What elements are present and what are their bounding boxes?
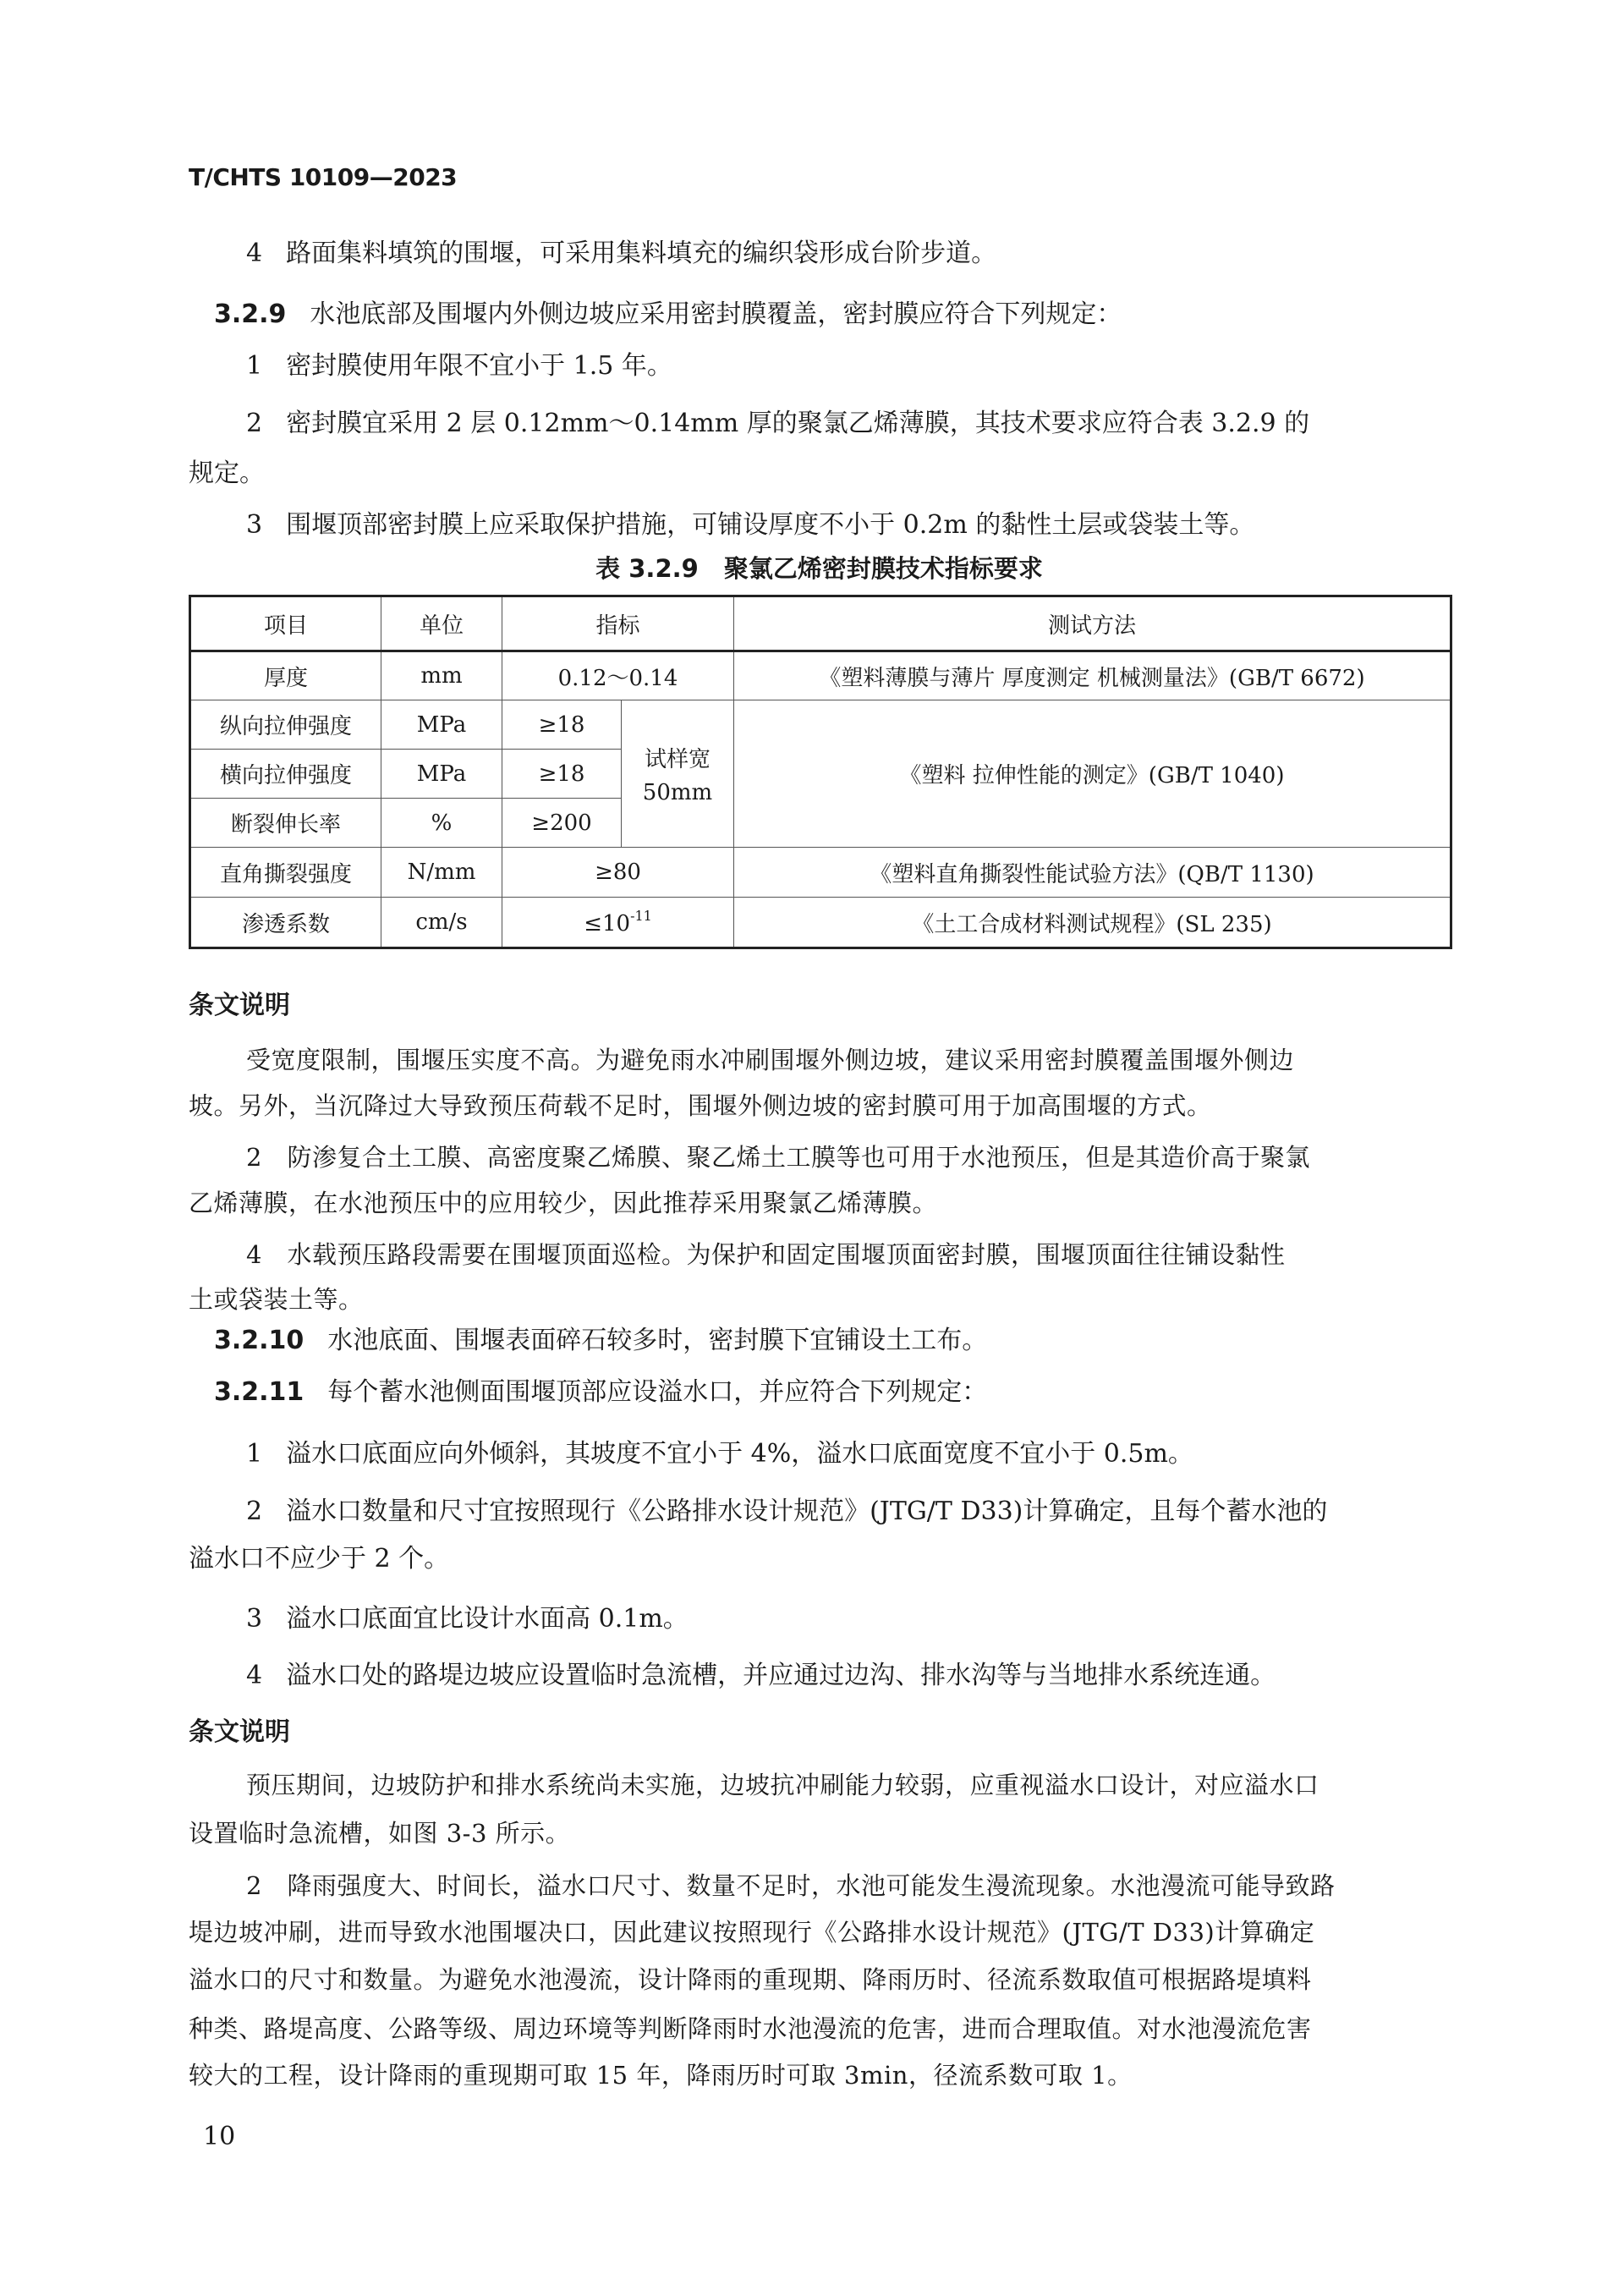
item-text: 密封膜使用年限不宜小于 1.5 年。 xyxy=(286,351,672,381)
cell-value: 0.12～0.14 xyxy=(502,651,734,700)
standard-code-header: T/CHTS 10109—2023 xyxy=(189,163,457,191)
cell-sample-note: 试样宽 50mm xyxy=(622,700,734,848)
list-item: 2溢水口数量和尺寸宜按照现行《公路排水设计规范》(JTG/T D33)计算确定，… xyxy=(189,1495,1450,1529)
list-item: 3溢水口底面宜比设计水面高 0.1m。 xyxy=(189,1602,1450,1636)
cell-item: 厚度 xyxy=(190,651,381,700)
clause-text: 水池底部及围堰内外侧边坡应采用密封膜覆盖，密封膜应符合下列规定： xyxy=(310,299,1122,329)
list-item: 1溢水口底面应向外倾斜，其坡度不宜小于 4%，溢水口底面宽度不宜小于 0.5m。 xyxy=(189,1437,1450,1471)
commentary-line: 乙烯薄膜，在水池预压中的应用较少，因此推荐采用聚氯乙烯薄膜。 xyxy=(189,1186,1450,1220)
table-row: 厚度 mm 0.12～0.14 《塑料薄膜与薄片 厚度测定 机械测量法》(GB/… xyxy=(190,651,1451,700)
table-header-row: 项目 单位 指标 测试方法 xyxy=(190,596,1451,651)
clause-3-2-9: 3.2.9水池底部及围堰内外侧边坡应采用密封膜覆盖，密封膜应符合下列规定： xyxy=(189,298,1450,332)
table-row: 渗透系数 cm/s ≤10-11 《土工合成材料测试规程》(SL 235) xyxy=(190,898,1451,948)
table-number: 表 3.2.9 xyxy=(595,554,699,583)
commentary-line: 种类、路堤高度、公路等级、周边环境等判断降雨时水池漫流的危害，进而合理取值。对水… xyxy=(189,2012,1450,2046)
cell-unit: cm/s xyxy=(381,898,502,948)
commentary-line: 4 水载预压路段需要在围堰顶面巡检。为保护和固定围堰顶面密封膜，围堰顶面往往铺设… xyxy=(189,1238,1450,1272)
list-item: 1密封膜使用年限不宜小于 1.5 年。 xyxy=(189,349,1450,383)
item-continuation: 溢水口不应少于 2 个。 xyxy=(189,1542,1450,1576)
item-text: 溢水口数量和尺寸宜按照现行《公路排水设计规范》(JTG/T D33)计算确定，且… xyxy=(286,1497,1327,1526)
item-text: 路面集料填筑的围堰，可采用集料填充的编织袋形成台阶步道。 xyxy=(286,239,996,268)
cell-value: ≤10-11 xyxy=(502,898,734,948)
item-number: 4 xyxy=(246,239,262,268)
commentary-line: 土或袋装土等。 xyxy=(189,1283,1450,1316)
commentary-line: 受宽度限制，围堰压实度不高。为避免雨水冲刷围堰外侧边坡，建议采用密封膜覆盖围堰外… xyxy=(189,1043,1450,1077)
item-number: 2 xyxy=(246,1497,262,1526)
clause-3-2-11: 3.2.11每个蓄水池侧面围堰顶部应设溢水口，并应符合下列规定： xyxy=(189,1376,1450,1409)
cell-unit: N/mm xyxy=(381,848,502,898)
commentary-title: 条文说明 xyxy=(189,984,290,1021)
commentary-title: 条文说明 xyxy=(189,1711,290,1748)
commentary-line: 坡。另外，当沉降过大导致预压荷载不足时，围堰外侧边坡的密封膜可用于加高围堰的方式… xyxy=(189,1089,1450,1123)
list-item: 3围堰顶部密封膜上应采取保护措施，可铺设厚度不小于 0.2m 的黏性土层或袋装土… xyxy=(189,508,1450,542)
commentary-line: 较大的工程，设计降雨的重现期可取 15 年，降雨历时可取 3min，径流系数可取… xyxy=(189,2058,1450,2092)
header-item: 项目 xyxy=(190,596,381,651)
cell-value: ≥18 xyxy=(502,750,622,799)
cell-method: 《塑料薄膜与薄片 厚度测定 机械测量法》(GB/T 6672) xyxy=(734,651,1451,700)
header-unit: 单位 xyxy=(381,596,502,651)
table-row: 直角撕裂强度 N/mm ≥80 《塑料直角撕裂性能试验方法》(QB/T 1130… xyxy=(190,848,1451,898)
item-text: 围堰顶部密封膜上应采取保护措施，可铺设厚度不小于 0.2m 的黏性土层或袋装土等… xyxy=(286,510,1254,540)
cell-unit: % xyxy=(381,799,502,848)
item-text: 密封膜宜采用 2 层 0.12mm～0.14mm 厚的聚氯乙烯薄膜，其技术要求应… xyxy=(286,409,1309,438)
table-title: 聚氯乙烯密封膜技术指标要求 xyxy=(724,554,1043,583)
sample-note-line2: 50mm xyxy=(622,780,733,805)
commentary-line: 溢水口的尺寸和数量。为避免水池漫流，设计降雨的重现期、降雨历时、径流系数取值可根… xyxy=(189,1963,1450,1997)
item-text: 溢水口处的路堤边坡应设置临时急流槽，并应通过边沟、排水沟等与当地排水系统连通。 xyxy=(286,1661,1276,1690)
commentary-line: 设置临时急流槽，如图 3-3 所示。 xyxy=(189,1816,1450,1850)
list-item: 4路面集料填筑的围堰，可采用集料填充的编织袋形成台阶步道。 xyxy=(189,237,1450,271)
header-method: 测试方法 xyxy=(734,596,1451,651)
table-caption: 表 3.2.9聚氯乙烯密封膜技术指标要求 xyxy=(189,550,1450,585)
cell-value: ≥200 xyxy=(502,799,622,848)
cell-unit: MPa xyxy=(381,750,502,799)
commentary-line: 预压期间，边坡防护和排水系统尚未实施，边坡抗冲刷能力较弱，应重视溢水口设计，对应… xyxy=(189,1768,1450,1802)
cell-item: 横向拉伸强度 xyxy=(190,750,381,799)
spec-table: 项目 单位 指标 测试方法 厚度 mm 0.12～0.14 《塑料薄膜与薄片 厚… xyxy=(189,595,1452,949)
clause-number: 3.2.10 xyxy=(214,1326,304,1355)
clause-number: 3.2.11 xyxy=(214,1377,304,1407)
clause-3-2-10: 3.2.10水池底面、围堰表面碎石较多时，密封膜下宜铺设土工布。 xyxy=(189,1324,1450,1358)
item-number: 1 xyxy=(246,351,262,381)
item-text: 溢水口底面宜比设计水面高 0.1m。 xyxy=(286,1604,689,1634)
item-number: 3 xyxy=(246,1604,262,1634)
clause-text: 水池底面、围堰表面碎石较多时，密封膜下宜铺设土工布。 xyxy=(327,1326,987,1355)
cell-item: 直角撕裂强度 xyxy=(190,848,381,898)
commentary-line: 2 防渗复合土工膜、高密度聚乙烯膜、聚乙烯土工膜等也可用于水池预压，但是其造价高… xyxy=(189,1140,1450,1174)
cell-method: 《土工合成材料测试规程》(SL 235) xyxy=(734,898,1451,948)
page-number: 10 xyxy=(203,2122,235,2151)
item-continuation: 规定。 xyxy=(189,457,1450,491)
cell-unit: mm xyxy=(381,651,502,700)
cell-value: ≥18 xyxy=(502,700,622,750)
commentary-line: 堤边坡冲刷，进而导致水池围堰决口，因此建议按照现行《公路排水设计规范》(JTG/… xyxy=(189,1915,1450,1949)
value-exponent: -11 xyxy=(630,908,652,924)
cell-method: 《塑料直角撕裂性能试验方法》(QB/T 1130) xyxy=(734,848,1451,898)
cell-item: 纵向拉伸强度 xyxy=(190,700,381,750)
commentary-line: 2 降雨强度大、时间长，溢水口尺寸、数量不足时，水池可能发生漫流现象。水池漫流可… xyxy=(189,1869,1450,1903)
item-number: 1 xyxy=(246,1439,262,1469)
cell-item: 渗透系数 xyxy=(190,898,381,948)
list-item: 4溢水口处的路堤边坡应设置临时急流槽，并应通过边沟、排水沟等与当地排水系统连通。 xyxy=(189,1659,1450,1693)
clause-text: 每个蓄水池侧面围堰顶部应设溢水口，并应符合下列规定： xyxy=(327,1377,987,1407)
sample-note-line1: 试样宽 xyxy=(622,742,733,773)
cell-value: ≥80 xyxy=(502,848,734,898)
item-number: 2 xyxy=(246,409,262,438)
value-base: ≤10 xyxy=(584,911,630,937)
cell-method: 《塑料 拉伸性能的测定》(GB/T 1040) xyxy=(734,700,1451,848)
table-row: 纵向拉伸强度 MPa ≥18 试样宽 50mm 《塑料 拉伸性能的测定》(GB/… xyxy=(190,700,1451,750)
list-item: 2密封膜宜采用 2 层 0.12mm～0.14mm 厚的聚氯乙烯薄膜，其技术要求… xyxy=(189,407,1450,441)
item-number: 3 xyxy=(246,510,262,540)
item-text: 溢水口底面应向外倾斜，其坡度不宜小于 4%，溢水口底面宽度不宜小于 0.5m。 xyxy=(286,1439,1193,1469)
header-value: 指标 xyxy=(502,596,734,651)
clause-number: 3.2.9 xyxy=(214,299,286,329)
item-number: 4 xyxy=(246,1661,262,1690)
cell-item: 断裂伸长率 xyxy=(190,799,381,848)
cell-unit: MPa xyxy=(381,700,502,750)
